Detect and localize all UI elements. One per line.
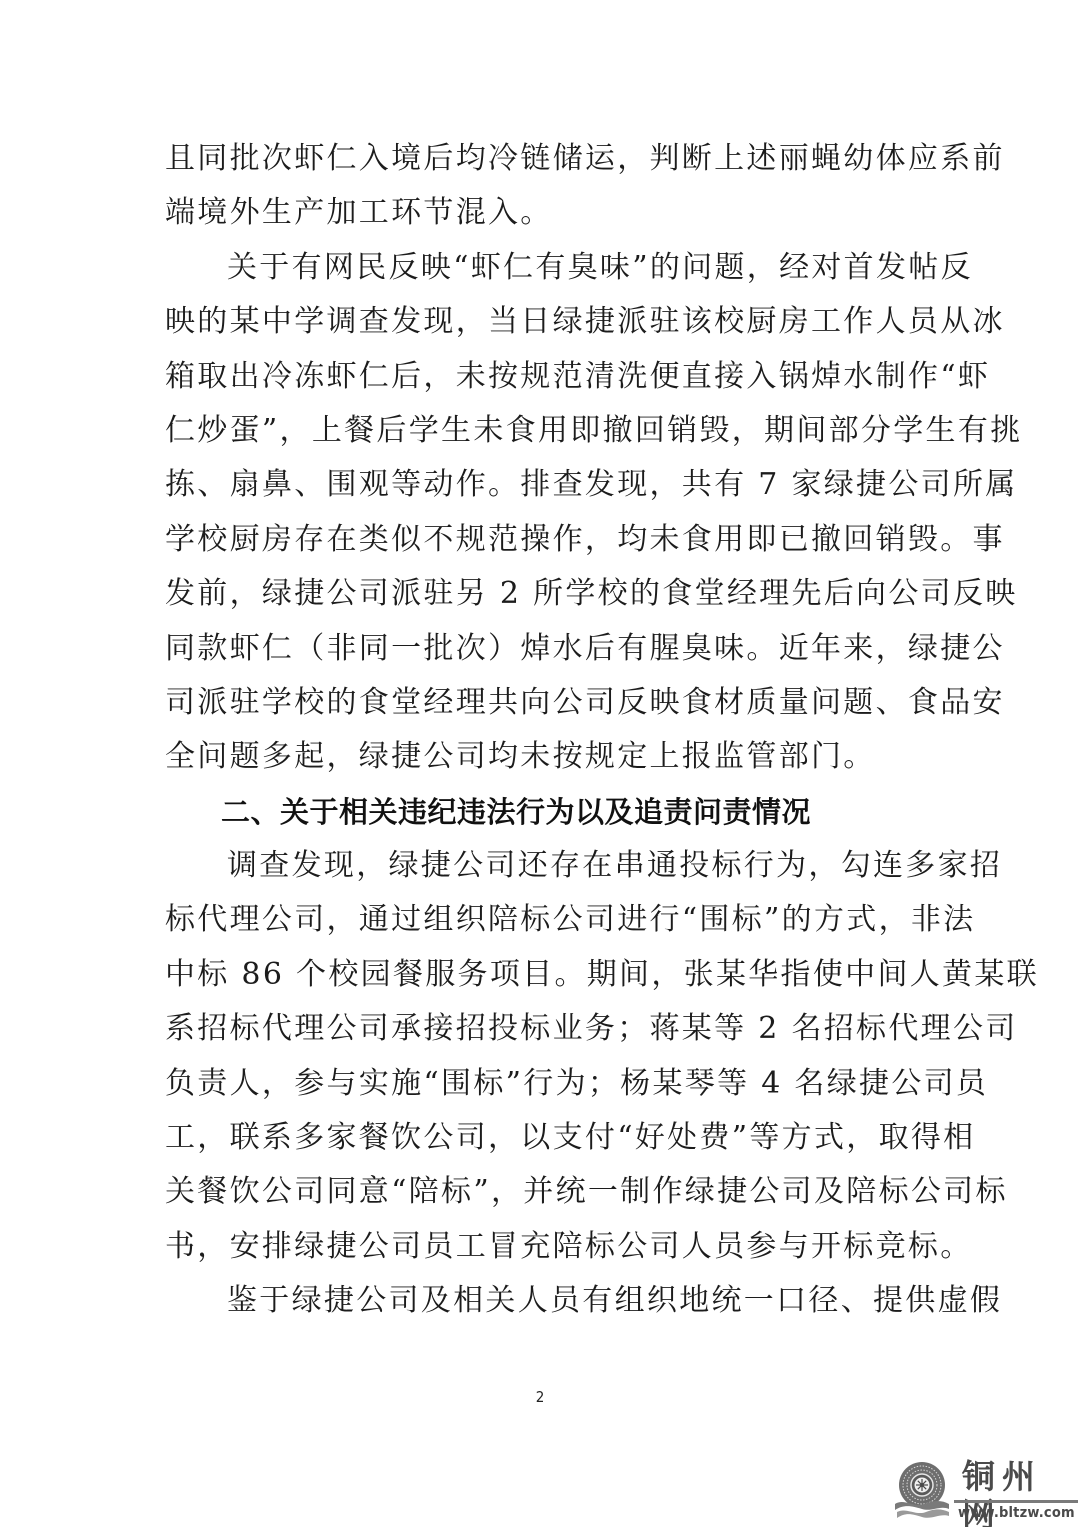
text-line: 系招标代理公司承接招投标业务；蒋某等 2 名招标代理公司 [165,1002,917,1056]
text-line: 书，安排绿捷公司员工冒充陪标公司人员参与开标竞标。 [165,1220,917,1274]
document-page: 且同批次虾仁入境后均冷链储运，判断上述丽蝇幼体应系前 端境外生产加工环节混入。 … [0,0,1080,1527]
site-watermark: 铜州网 www.bltzw.com [890,1458,1080,1527]
text-line: 全问题多起，绿捷公司均未按规定上报监管部门。 [165,730,917,784]
text-line: 箱取出冷冻虾仁后，未按规范清洗便直接入锅焯水制作“虾 [165,350,917,404]
text-line: 中标 86 个校园餐服务项目。期间，张某华指使中间人黄某联 [165,948,917,1002]
text-line: 关餐饮公司同意“陪标”，并统一制作绿捷公司及陪标公司标 [165,1165,917,1219]
text-line: 且同批次虾仁入境后均冷链储运，判断上述丽蝇幼体应系前 [165,132,917,186]
text-line: 发前，绿捷公司派驻另 2 所学校的食堂经理先后向公司反映 [165,567,917,621]
text-line: 标代理公司，通过组织陪标公司进行“围标”的方式，非法 [165,893,917,947]
text-line: 拣、扇鼻、围观等动作。排查发现，共有 7 家绿捷公司所属 [165,458,917,512]
watermark-url: www.bltzw.com [958,1505,1075,1521]
paragraph-start-line: 关于有网民反映“虾仁有臭味”的问题，经对首发帖反 [165,241,917,295]
section-heading: 二、关于相关违纪违法行为以及追责问责情况 [165,785,917,839]
text-line: 负责人，参与实施“围标”行为；杨某琴等 4 名绿捷公司员 [165,1057,917,1111]
text-line: 同款虾仁（非同一批次）焯水后有腥臭味。近年来，绿捷公 [165,622,917,676]
watermark-divider [954,1500,1078,1503]
text-line: 端境外生产加工环节混入。 [165,186,917,240]
paragraph-start-line: 调查发现，绿捷公司还存在串通投标行为，勾连多家招 [165,839,917,893]
emblem-icon [894,1460,950,1522]
text-line: 仁炒蛋”，上餐后学生未食用即撤回销毁，期间部分学生有挑 [165,404,917,458]
text-line: 工，联系多家餐饮公司，以支付“好处费”等方式，取得相 [165,1111,917,1165]
document-body: 且同批次虾仁入境后均冷链储运，判断上述丽蝇幼体应系前 端境外生产加工环节混入。 … [165,132,917,1329]
text-line: 学校厨房存在类似不规范操作，均未食用即已撤回销毁。事 [165,513,917,567]
text-line: 司派驻学校的食堂经理共向公司反映食材质量问题、食品安 [165,676,917,730]
page-number: 2 [0,1388,1080,1406]
text-line: 映的某中学调查发现，当日绿捷派驻该校厨房工作人员从冰 [165,295,917,349]
paragraph-start-line: 鉴于绿捷公司及相关人员有组织地统一口径、提供虚假 [165,1274,917,1328]
